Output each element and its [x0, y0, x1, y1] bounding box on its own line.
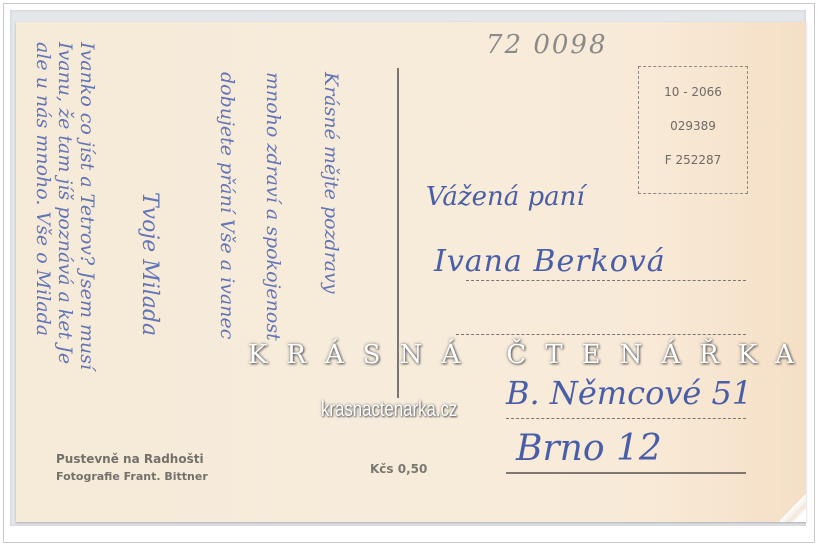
stamp-code-3: F 252287: [639, 153, 747, 167]
card-corner: [780, 492, 806, 522]
caption-photographer: Fotografie Frant. Bittner: [56, 470, 208, 483]
address-line-3: [506, 418, 746, 419]
postcard: 72 0098 10 - 2066 029389 F 252287 Vážená…: [16, 22, 806, 522]
caption-title: Pustevně na Radhošti: [56, 452, 204, 466]
serial-number: 72 0098: [486, 30, 608, 60]
price-label: Kčs 0,50: [370, 462, 427, 476]
address-line-1: [466, 280, 746, 281]
address-line-2: [456, 334, 746, 335]
message-line: Krásné mějte pozdravy: [320, 72, 342, 294]
stamp-box: 10 - 2066 029389 F 252287: [638, 66, 748, 194]
address-salutation: Vážená paní: [426, 182, 585, 212]
stamp-code-2: 029389: [639, 119, 747, 133]
message-signature: Tvoje Milada: [137, 192, 162, 336]
message-line: ale u nás mnoho. Vše o Milada: [32, 42, 54, 336]
address-line-4: [506, 472, 746, 474]
stamp-code-1: 10 - 2066: [639, 85, 747, 99]
message-line: dobujete přání Vše a ivanec: [216, 72, 238, 339]
message-line: mnoho zdraví a spokojenost: [262, 72, 284, 341]
message-line: Ivanu, že tam jíš poznává a ket Je: [54, 42, 76, 364]
watermark-url: krasnactenarka.cz: [321, 398, 457, 422]
watermark-title: KRÁSNÁ ČTENÁŘKA: [248, 340, 813, 370]
address-city: Brno 12: [516, 428, 662, 469]
message-line: Ivanko co jíst a Tetrov? Jsem musí: [76, 42, 98, 370]
address-street: B. Němcové 51: [506, 374, 752, 412]
address-name: Ivana Berková: [434, 244, 666, 279]
